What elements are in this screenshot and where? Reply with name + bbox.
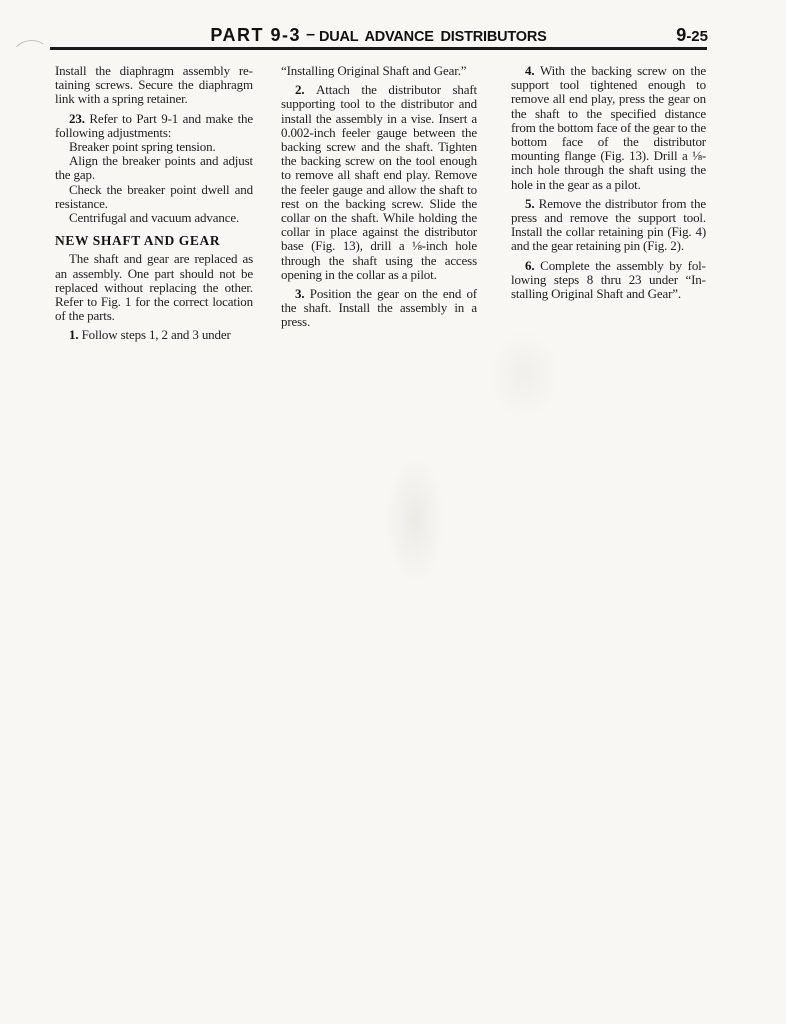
pencil-arc-mark	[10, 38, 51, 74]
paragraph: 2. Attach the distributor shaft supporti…	[281, 83, 477, 282]
text-column-3: 4. With the backing screw on the support…	[511, 64, 706, 301]
manual-page: PART 9-3–DUAL ADVANCE DISTRIBUTORS 9-25 …	[0, 0, 786, 1024]
step-number: 1.	[69, 327, 82, 342]
paragraph: 3. Position the gear on the end of the s…	[281, 287, 477, 330]
page-number-part: 9	[676, 25, 686, 45]
step-number: 23.	[69, 111, 89, 126]
text-column-2: “Installing Original Shaft and Gear.”2. …	[281, 64, 477, 330]
step-number: 5.	[525, 196, 539, 211]
step-number: 6.	[525, 258, 540, 273]
paragraph: The shaft and gear are replaced as an as…	[55, 252, 253, 323]
paragraph: “Installing Original Shaft and Gear.”	[281, 64, 477, 78]
scan-smudge	[385, 455, 445, 585]
page-number-suffix: -25	[686, 28, 708, 45]
step-number: 3.	[295, 286, 310, 301]
page-number: 9-25	[676, 25, 708, 46]
section-heading: NEW SHAFT AND GEAR	[55, 234, 253, 248]
paragraph: Centrifugal and vacuum advance.	[55, 211, 253, 225]
paragraph: Breaker point spring tension.	[55, 140, 253, 154]
paragraph: 6. Complete the assembly by fol­lowing s…	[511, 259, 706, 302]
step-number: 4.	[525, 63, 540, 78]
paragraph: 4. With the backing screw on the support…	[511, 64, 706, 192]
step-number: 2.	[295, 82, 316, 97]
scan-smudge	[490, 330, 560, 420]
section-title: DUAL ADVANCE DISTRIBUTORS	[319, 29, 547, 45]
paragraph: Align the breaker points and ad­just the…	[55, 154, 253, 182]
page-header: PART 9-3–DUAL ADVANCE DISTRIBUTORS	[50, 25, 707, 46]
paragraph: 23. Refer to Part 9-1 and make the follo…	[55, 112, 253, 140]
paragraph: 1. Follow steps 1, 2 and 3 under	[55, 328, 253, 342]
paragraph: Install the diaphragm assembly re­tainin…	[55, 64, 253, 107]
text-column-1: Install the diaphragm assembly re­tainin…	[55, 64, 253, 343]
header-rule	[50, 47, 707, 50]
paragraph: Check the breaker point dwell and resist…	[55, 183, 253, 211]
part-label: PART 9-3	[210, 25, 301, 45]
paragraph: 5. Remove the distributor from the press…	[511, 197, 706, 254]
title-dash: –	[306, 26, 315, 43]
